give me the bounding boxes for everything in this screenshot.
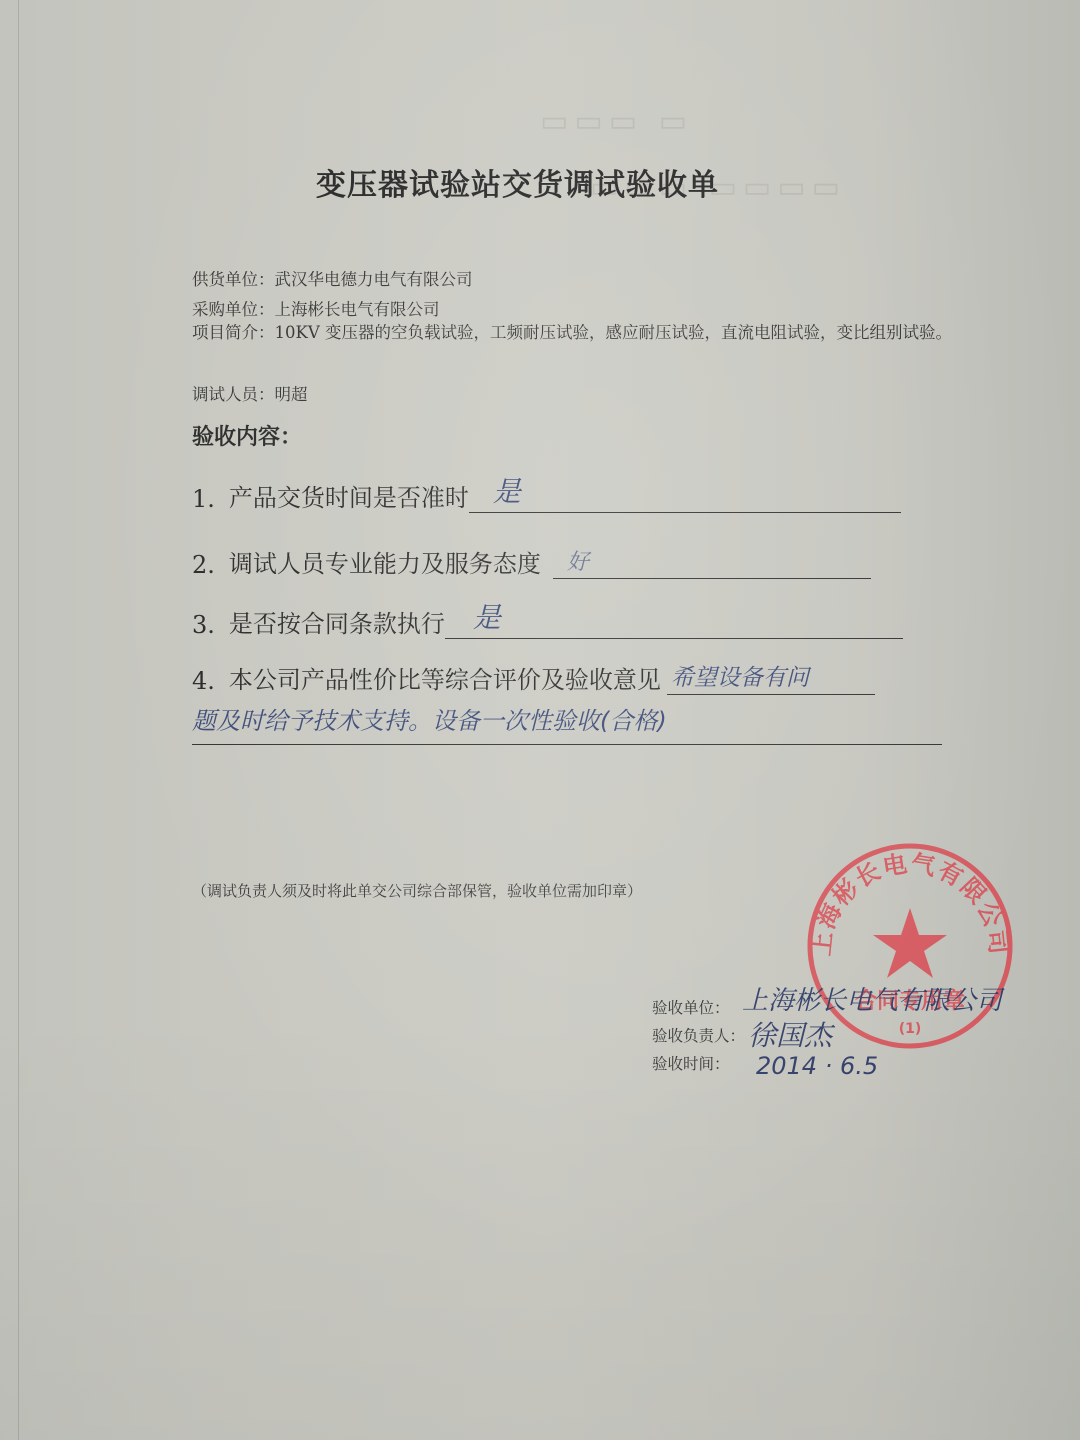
- question-number: 3.: [192, 611, 215, 639]
- acceptance-person-signature[interactable]: 徐国杰: [748, 1014, 832, 1054]
- project-value: 10KV 变压器的空负载试验，工频耐压试验，感应耐压试验，直流电阻试验，变比组别…: [275, 323, 952, 342]
- acceptance-date-value[interactable]: 2014 · 6.5: [756, 1052, 878, 1080]
- page-edge: [18, 0, 19, 1440]
- instruction-note: （调试负责人须及时将此单交公司综合部保管，验收单位需加印章）: [192, 880, 642, 901]
- question-1: 1. 产品交货时间是否准时 是: [192, 478, 901, 513]
- document-title: 变压器试验站交货调试验收单: [316, 160, 719, 204]
- star-icon: [873, 908, 947, 978]
- answer-field[interactable]: 希望设备有问: [667, 664, 875, 695]
- handwritten-answer: 是: [493, 470, 521, 510]
- supplier-value: 武汉华电德力电气有限公司: [275, 270, 473, 289]
- staff-value: 明超: [275, 385, 308, 404]
- staff-line: 调试人员：明超: [192, 381, 308, 405]
- purchaser-value: 上海彬长电气有限公司: [275, 300, 440, 319]
- bleed-through-mark: ▭▭▭ ▭: [540, 104, 693, 139]
- supplier-label: 供货单位：: [192, 270, 275, 289]
- handwritten-answer: 好: [567, 545, 589, 576]
- acceptance-unit-signature[interactable]: 上海彬长电气有限公司: [742, 980, 1002, 1017]
- acceptance-person-label: 验收负责人：: [652, 1024, 745, 1046]
- project-line: 项目简介：10KV 变压器的空负载试验，工频耐压试验，感应耐压试验，直流电阻试验…: [192, 318, 952, 348]
- question-number: 4.: [192, 667, 215, 695]
- handwritten-answer-line-1: 希望设备有问: [671, 659, 809, 692]
- question-text: 本公司产品性价比等综合评价及验收意见: [229, 660, 661, 695]
- answer-field[interactable]: 好: [553, 548, 871, 579]
- company-seal-stamp: 上海彬长电气有限公司 合同专用章 (1): [802, 838, 1018, 1054]
- svg-text:(1): (1): [899, 1021, 922, 1037]
- acceptance-unit-label: 验收单位：: [652, 996, 730, 1018]
- question-text: 产品交货时间是否准时: [229, 478, 469, 513]
- question-3: 3. 是否按合同条款执行 是: [192, 604, 903, 639]
- question-number: 1.: [192, 485, 215, 513]
- acceptance-date-label: 验收时间：: [652, 1052, 730, 1074]
- handwritten-answer-line-2: 题及时给予技术支持。设备一次性验收(合格): [192, 701, 667, 736]
- answer-field[interactable]: 是: [445, 608, 903, 639]
- answer-field[interactable]: 是: [469, 482, 901, 513]
- answer-field-continued[interactable]: 题及时给予技术支持。设备一次性验收(合格): [192, 700, 942, 745]
- question-number: 2.: [192, 551, 215, 579]
- question-text: 调试人员专业能力及服务态度: [229, 544, 541, 579]
- section-heading: 验收内容：: [192, 420, 302, 451]
- purchaser-label: 采购单位：: [192, 300, 275, 319]
- staff-label: 调试人员：: [192, 385, 275, 404]
- question-2: 2. 调试人员专业能力及服务态度 好: [192, 544, 871, 579]
- purchaser-line: 采购单位：上海彬长电气有限公司: [192, 296, 440, 320]
- question-4: 4. 本公司产品性价比等综合评价及验收意见 希望设备有问: [192, 660, 875, 695]
- question-text: 是否按合同条款执行: [229, 604, 445, 639]
- project-label: 项目简介：: [192, 323, 275, 342]
- handwritten-answer: 是: [473, 596, 501, 636]
- supplier-line: 供货单位：武汉华电德力电气有限公司: [192, 266, 473, 290]
